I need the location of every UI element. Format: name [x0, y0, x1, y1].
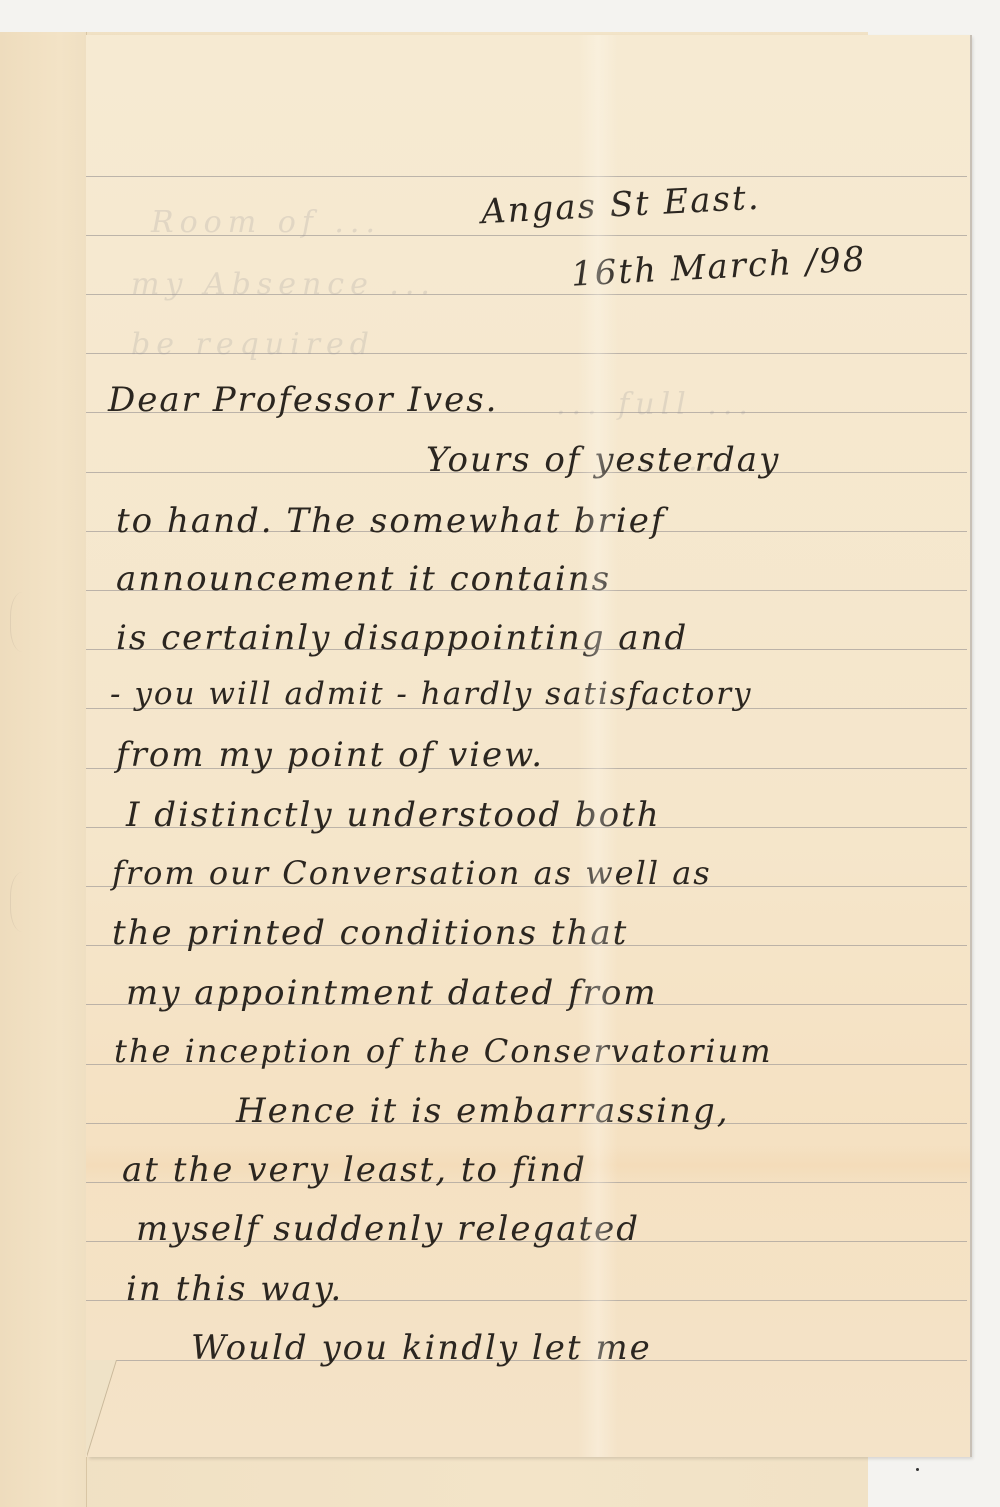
letter-line: from our Conversation as well as — [112, 854, 712, 892]
letter-line: announcement it contains — [116, 559, 611, 599]
show-through-mark — [10, 872, 41, 932]
letter-line: is certainly disappointing and — [116, 618, 688, 658]
letter-line: to hand. The somewhat brief — [116, 501, 666, 541]
letter-line: at the very least, to find — [122, 1150, 587, 1190]
folded-left-panel — [0, 32, 87, 1507]
letter-line: in this way. — [126, 1269, 343, 1309]
letter-line: Would you kindly let me — [191, 1328, 652, 1368]
letter-line: Hence it is embarrassing, — [236, 1091, 730, 1131]
letter-line: Yours of yesterday — [426, 440, 780, 480]
show-through-text: my Absence ... — [131, 267, 436, 302]
letter-page: Room of ... my Absence ... be required .… — [86, 35, 970, 1457]
letter-date: 16th March /98 — [570, 239, 867, 294]
ruled-line — [86, 176, 967, 177]
letter-line: myself suddenly relegated — [136, 1209, 640, 1249]
show-through-text: be required — [131, 327, 375, 362]
letter-line: the printed conditions that — [112, 913, 628, 953]
letter-line: I distinctly understood both — [126, 795, 661, 835]
letter-line: - you will admit - hardly satisfactory — [110, 676, 753, 712]
sender-address: Angas St East. — [480, 178, 761, 233]
show-through-text: Room of ... — [151, 205, 381, 240]
speck — [916, 1468, 919, 1471]
letter-line: from my point of view. — [116, 735, 544, 775]
salutation: Dear Professor Ives. — [108, 380, 498, 420]
letter-line: the inception of the Conservatorium — [114, 1032, 773, 1070]
letter-line: my appointment dated from — [126, 973, 658, 1013]
show-through-text: ... full ... — [556, 387, 754, 422]
show-through-mark — [10, 592, 41, 652]
folded-corner — [86, 1360, 116, 1457]
